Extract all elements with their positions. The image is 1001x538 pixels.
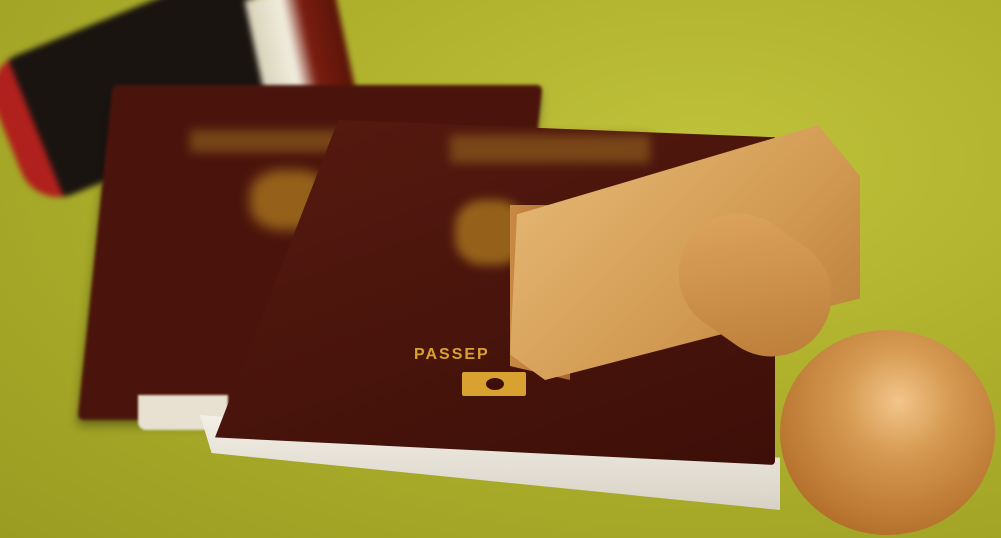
photo-scene: PASSEP bbox=[0, 0, 1001, 538]
passport-front-title bbox=[450, 135, 650, 163]
biometric-chip-icon bbox=[462, 372, 526, 396]
wooden-stamp-knob bbox=[780, 330, 995, 535]
passport-label: PASSEP bbox=[414, 346, 490, 364]
